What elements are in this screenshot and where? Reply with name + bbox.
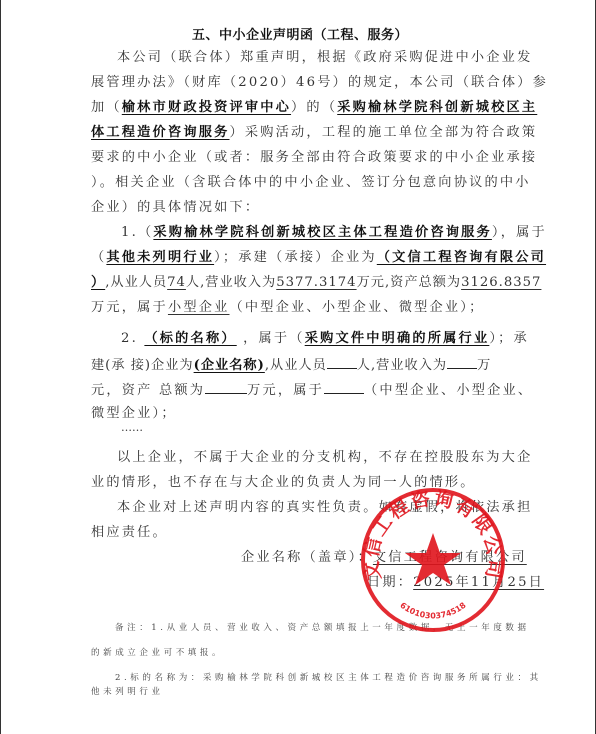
page-border-left bbox=[0, 0, 1, 734]
text: ）采购活动，工程的施工单位全部为符合政策 bbox=[230, 125, 538, 140]
signature-label: 企业名称（盖章）： bbox=[241, 550, 373, 565]
text: ），属于 bbox=[492, 225, 547, 240]
para1-line3: 加（榆林市财政投资评审中心）的（采购榆林学院科创新城校区主 bbox=[91, 99, 537, 117]
note1-line2: 的新成立企业可不填报。 bbox=[91, 646, 224, 658]
item1-staff: 74 bbox=[167, 275, 186, 290]
text: ,从业人员 bbox=[265, 358, 327, 373]
note2-line2: 他未列明行业 bbox=[91, 685, 164, 697]
para3-line2: 相应责任。 bbox=[91, 524, 168, 542]
company-seal-stamp: 文信工程咨询有限公司 6101030374518 bbox=[358, 485, 508, 635]
item1-revenue: 5377.3174 bbox=[276, 275, 356, 290]
text: 人,营业收入为 bbox=[186, 275, 276, 290]
project-name-part1: 采购榆林学院科创新城校区主 bbox=[337, 100, 537, 115]
text: 建(承 接)企业为 bbox=[91, 358, 194, 373]
item2-line2: 建(承 接)企业为(企业名称),从业人员人,营业收入为万 bbox=[91, 355, 491, 375]
item2-line3: 元，资产 总额为万元，属于（中型企业、小型企业、 bbox=[91, 380, 533, 400]
para1-line2: 展管理办法》（财库（2020）46号）的规定，本公司（联合体）参 bbox=[91, 74, 548, 92]
para1-line1: 本公司（联合体）郑重声明，根据《政府采购促进中小企业发 bbox=[117, 49, 532, 67]
text: ）；承 bbox=[489, 331, 529, 346]
text: （中型企业、小型企业、 bbox=[364, 383, 533, 398]
text: 人,营业收入为 bbox=[357, 358, 447, 373]
seal-code: 6101030374518 bbox=[398, 600, 468, 620]
text: （中型企业、小型企业、微型企业）； bbox=[230, 300, 485, 315]
text: ）；承建（承接）企业为 bbox=[214, 250, 377, 265]
item1-size: 小型企业 bbox=[168, 300, 230, 315]
purchaser-name: 榆林市财政投资评审中心 bbox=[122, 100, 291, 115]
para2-line1: 以上企业，不属于大企业的分支机构，不存在控股股东为大企 bbox=[117, 449, 532, 467]
item2-revenue-blank bbox=[447, 355, 477, 369]
text: （ bbox=[91, 250, 106, 265]
item1-industry: 其他未列明行业 bbox=[106, 250, 214, 265]
text: 加（ bbox=[91, 100, 122, 115]
item-number: 1.（ bbox=[121, 225, 153, 240]
text: 万 bbox=[477, 358, 491, 373]
text: 万元，属于 bbox=[247, 383, 324, 398]
svg-text:6101030374518: 6101030374518 bbox=[398, 600, 468, 620]
para1-line5: 要求的中小企业（或者：服务全部由符合政策要求的中小企业承接 bbox=[91, 149, 537, 167]
text: ）的（ bbox=[291, 100, 337, 115]
text: ,从业人员 bbox=[105, 275, 167, 290]
note2-line1: 2.标的名称为：采购榆林学院科创新城校区主体工程造价咨询服务所属行业：其 bbox=[115, 671, 542, 683]
text: 万元,资产总额为 bbox=[357, 275, 462, 290]
para1-line4: 体工程造价咨询服务）采购活动，工程的施工单位全部为符合政策 bbox=[91, 124, 537, 142]
item2-line1: 2. （标的名称） ，属于（采购文件中明确的所属行业）；承 bbox=[121, 330, 529, 348]
item1-line1: 1.（采购榆林学院科创新城校区主体工程造价咨询服务），属于 bbox=[121, 224, 547, 242]
page-title: 五、中小企业声明函（工程、服务） bbox=[91, 24, 509, 43]
item-number: 2. bbox=[121, 331, 138, 346]
item1-subject: 采购榆林学院科创新城校区主体工程造价咨询服务 bbox=[153, 225, 492, 240]
item2-company: (企业名称) bbox=[194, 358, 265, 373]
project-name-part2: 体工程造价咨询服务 bbox=[91, 125, 230, 140]
text: ，属于（ bbox=[243, 331, 305, 346]
item1-line3: ）,从业人员74人,营业收入为5377.3174万元,资产总额为3126.835… bbox=[91, 274, 541, 292]
text: 万元，属于 bbox=[91, 300, 168, 315]
para1-line7: 企业）的具体情况如下： bbox=[91, 199, 260, 217]
ellipsis: …… bbox=[121, 419, 143, 437]
item2-subject: （标的名称） bbox=[144, 331, 236, 346]
item1-company: （文信工程咨询有限公司 bbox=[377, 250, 546, 265]
item2-size-blank bbox=[324, 380, 364, 394]
item1-assets: 3126.8357 bbox=[461, 275, 541, 290]
text: ） bbox=[91, 275, 105, 290]
text: 元，资产 总额为 bbox=[91, 383, 205, 398]
item2-assets-blank bbox=[205, 380, 247, 394]
seal-star-icon bbox=[405, 533, 461, 585]
para1-line6: ）。相关企业（含联合体中的中小企业、签订分包意向协议的中小 bbox=[91, 174, 531, 192]
item1-line4: 万元，属于小型企业（中型企业、小型企业、微型企业）； bbox=[91, 299, 485, 317]
item2-staff-blank bbox=[327, 355, 357, 369]
item2-industry: 采购文件中明确的所属行业 bbox=[305, 331, 490, 346]
item1-line2: （其他未列明行业）；承建（承接）企业为（文信工程咨询有限公司 bbox=[91, 249, 546, 267]
